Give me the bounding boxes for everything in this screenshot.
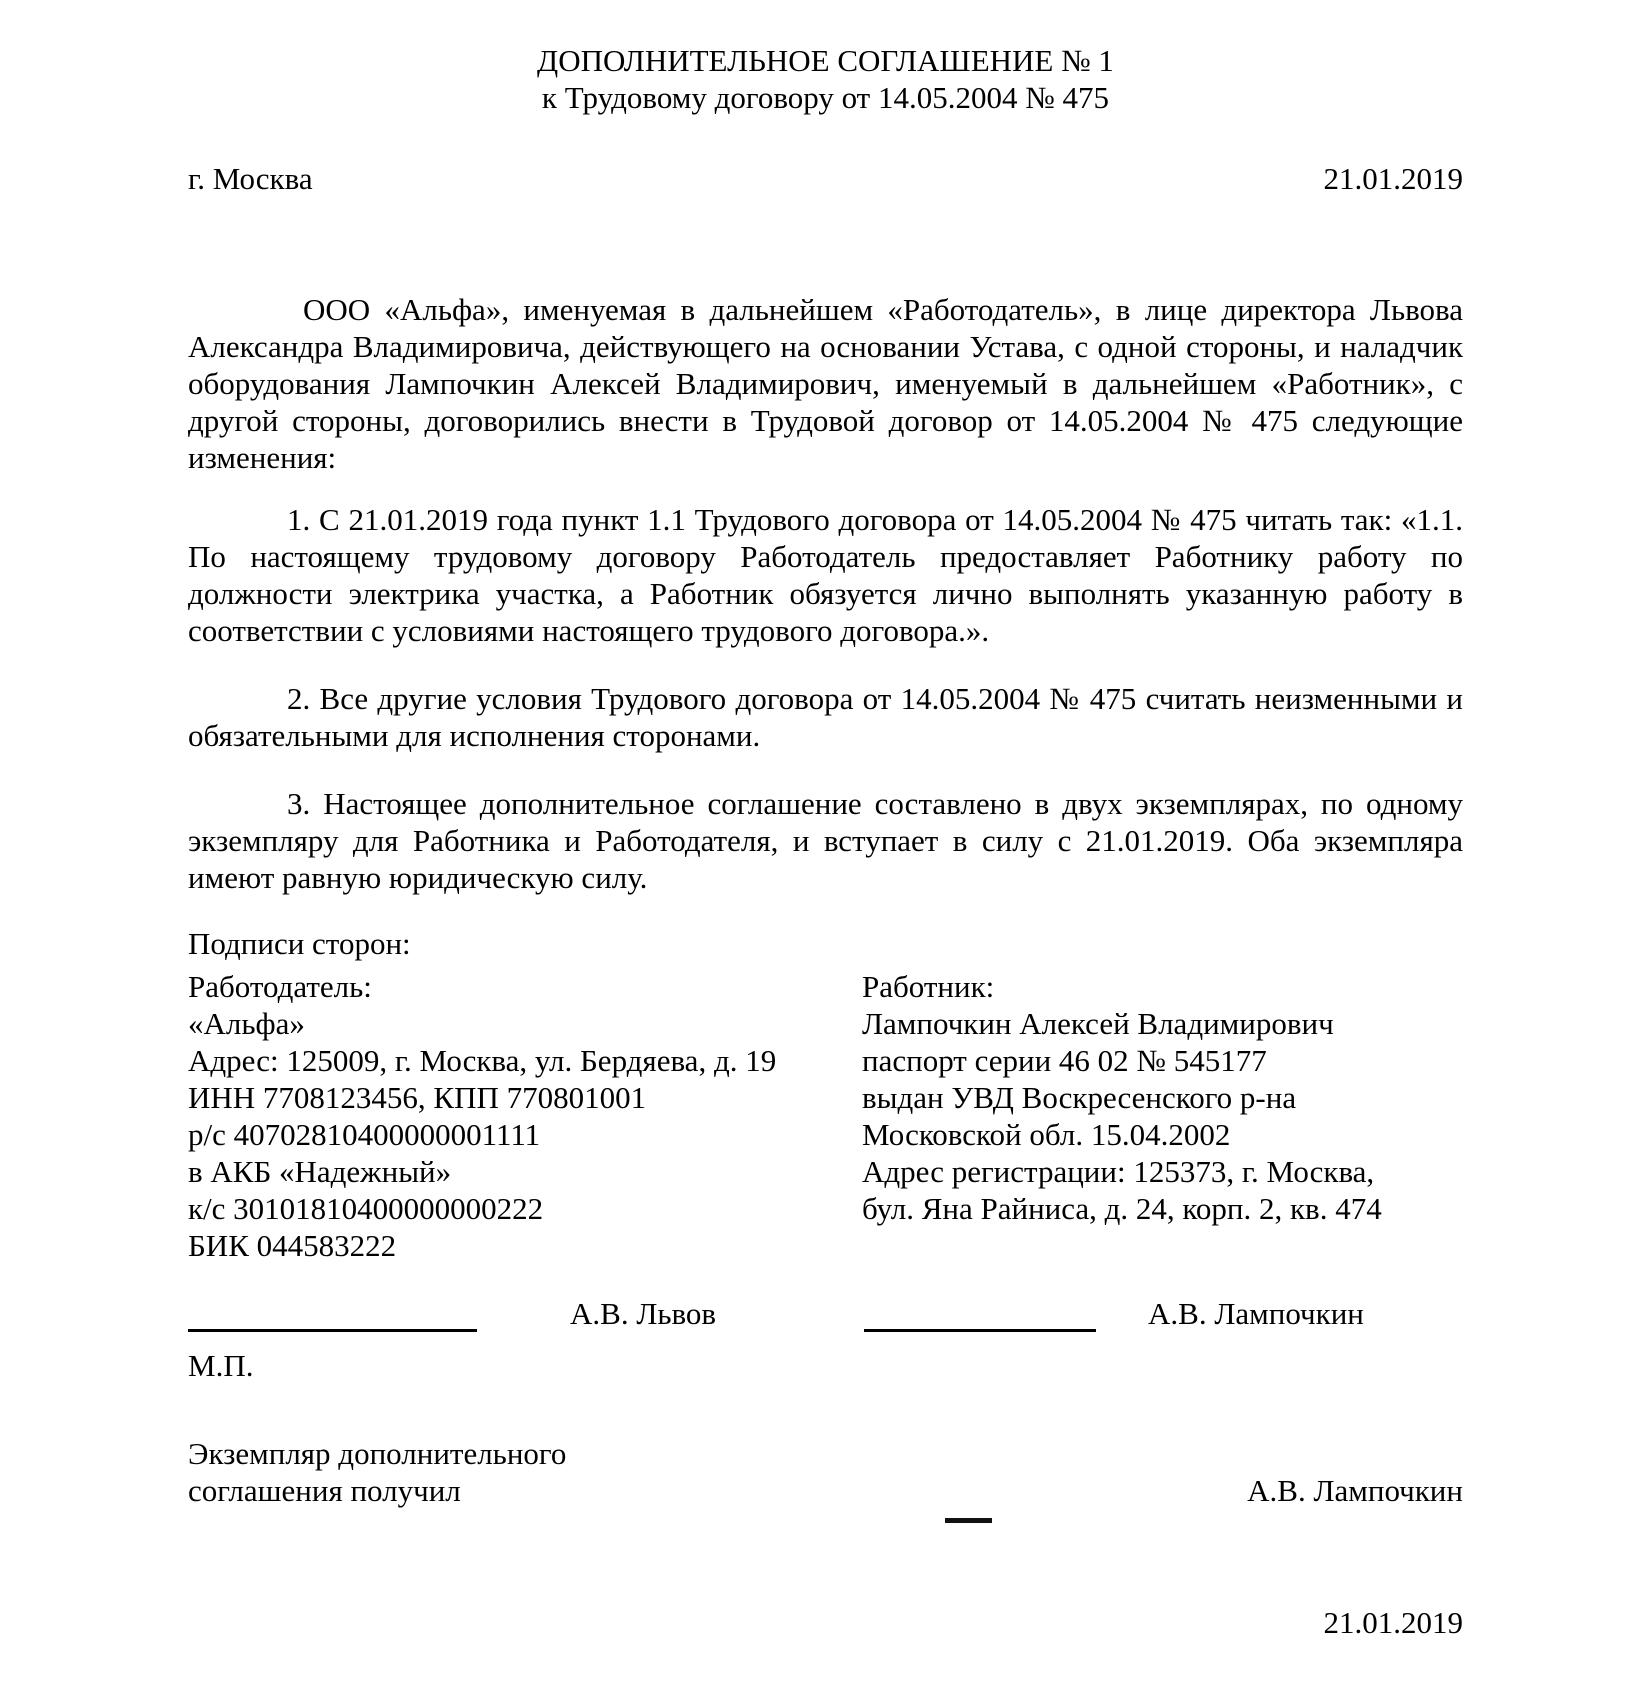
stamp-label: М.П. — [188, 1347, 1463, 1384]
employee-passport-date: Московской обл. 15.04.2002 — [862, 1116, 1463, 1153]
document-city: г. Москва — [188, 160, 313, 197]
clause-3: 3. Настоящее дополнительное соглашение с… — [188, 785, 1463, 896]
signatures-heading: Подписи сторон: — [188, 925, 1463, 962]
signature-row: А.В. Львов А.В. Лампочкин — [188, 1295, 1463, 1332]
employer-inn-kpp: ИНН 7708123456, КПП 770801001 — [188, 1079, 862, 1116]
employer-label: Работодатель: — [188, 968, 862, 1005]
copy-received-signature-name: А.В. Лампочкин — [1247, 1472, 1463, 1509]
employer-details: Работодатель: «Альфа» Адрес: 125009, г. … — [188, 968, 862, 1264]
employee-signature-name: А.В. Лампочкин — [1148, 1295, 1364, 1332]
clause-1: 1. С 21.01.2019 года пункт 1.1 Трудового… — [188, 501, 1463, 649]
agreement-document: ДОПОЛНИТЕЛЬНОЕ СОГЛАШЕНИЕ № 1 к Трудовом… — [0, 0, 1652, 1698]
employee-passport-issuer: выдан УВД Воскресенского р-на — [862, 1079, 1463, 1116]
employee-registration-address-2: бул. Яна Райниса, д. 24, корп. 2, кв. 47… — [862, 1190, 1463, 1227]
signatures-table: Работодатель: «Альфа» Адрес: 125009, г. … — [188, 968, 1463, 1264]
bottom-date: 21.01.2019 — [188, 1604, 1463, 1641]
city-date-row: г. Москва 21.01.2019 — [188, 160, 1463, 197]
employee-details: Работник: Лампочкин Алексей Владимирович… — [862, 968, 1463, 1264]
employer-bank: в АКБ «Надежный» — [188, 1153, 862, 1190]
title-line-1: ДОПОЛНИТЕЛЬНОЕ СОГЛАШЕНИЕ № 1 — [188, 42, 1463, 79]
employee-passport-series: паспорт серии 46 02 № 545177 — [862, 1042, 1463, 1079]
employer-signature-name: А.В. Львов — [570, 1295, 716, 1332]
employer-bik: БИК 044583222 — [188, 1227, 862, 1264]
document-title: ДОПОЛНИТЕЛЬНОЕ СОГЛАШЕНИЕ № 1 к Трудовом… — [188, 42, 1463, 116]
copy-signature-dash — [945, 1518, 992, 1523]
employee-registration-address-1: Адрес регистрации: 125373, г. Москва, — [862, 1153, 1463, 1190]
employee-label: Работник: — [862, 968, 1463, 1005]
employer-corr-account: к/с 30101810400000000222 — [188, 1190, 862, 1227]
intro-paragraph: ООО «Альфа», именуемая в дальнейшем «Раб… — [188, 291, 1463, 476]
employer-company-name: «Альфа» — [188, 1005, 862, 1042]
document-date: 21.01.2019 — [1324, 160, 1464, 197]
employer-address: Адрес: 125009, г. Москва, ул. Бердяева, … — [188, 1042, 862, 1079]
title-line-2: к Трудовому договору от 14.05.2004 № 475 — [188, 79, 1463, 116]
clause-2: 2. Все другие условия Трудового договора… — [188, 680, 1463, 754]
copy-received-line-1: Экземпляр дополнительного — [188, 1435, 1463, 1472]
employer-signature-line — [188, 1299, 477, 1332]
employee-full-name: Лампочкин Алексей Владимирович — [862, 1005, 1463, 1042]
employer-settlement-account: р/с 40702810400000001111 — [188, 1116, 862, 1153]
employee-signature-line — [864, 1299, 1096, 1332]
copy-received-section: Экземпляр дополнительного соглашения пол… — [188, 1435, 1463, 1535]
